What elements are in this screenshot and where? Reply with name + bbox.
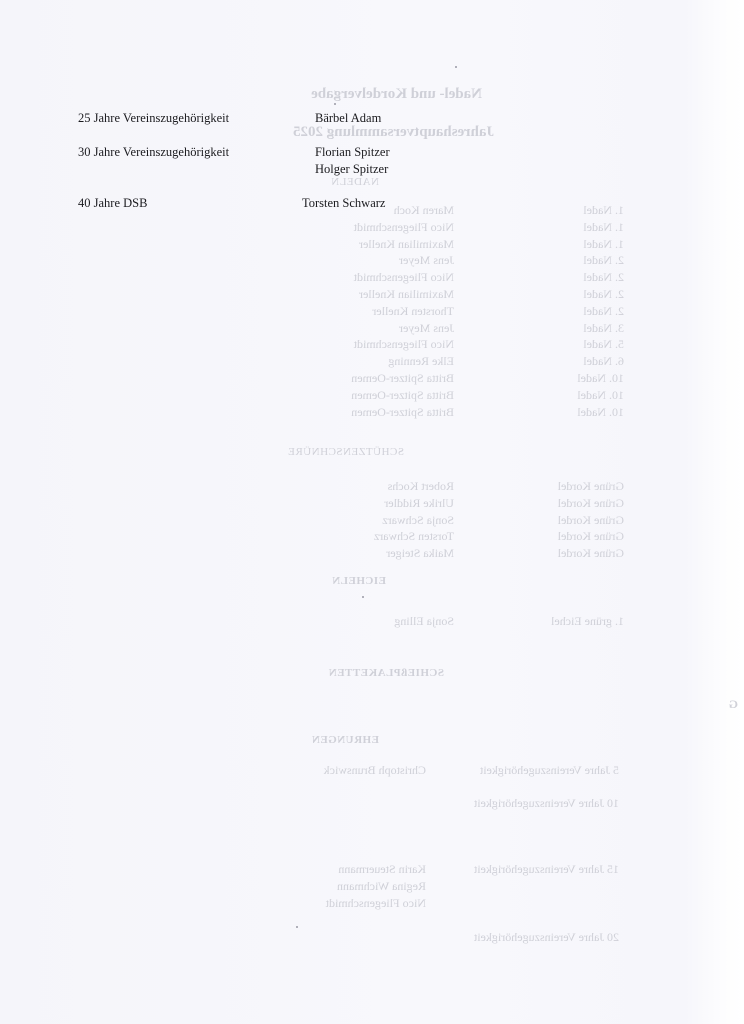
bleed-name: Nico Fliegenschmidt bbox=[354, 220, 454, 235]
bleed-ehrung-award: 10 Jahre Vereinszugehörigkeit bbox=[474, 796, 619, 811]
bleed-name: Jens Meyer bbox=[399, 253, 454, 268]
bleed-award: 1. Nadel bbox=[583, 203, 624, 218]
bleed-name: Britta Spitzer-Oemen bbox=[351, 371, 454, 386]
bleed-ehrung-award: 5 Jahre Vereinszugehörigkeit bbox=[480, 763, 619, 778]
bleed-ehrung-name: Christoph Brunswick bbox=[324, 763, 426, 778]
honor-label: 30 Jahre Vereinszugehörigkeit bbox=[78, 145, 229, 160]
bleed-name: Robert Kochs bbox=[388, 479, 454, 494]
bleed-ehrung-name: Karin Steuermann bbox=[338, 862, 426, 877]
bleed-award: 2. Nadel bbox=[583, 270, 624, 285]
bleed-award: Grüne Kordel bbox=[558, 546, 624, 561]
honoree-name: Holger Spitzer bbox=[315, 162, 388, 177]
bleed-name: Nico Fliegenschmidt bbox=[354, 270, 454, 285]
bleed-subtitle: Jahreshauptversammlung 2025 bbox=[293, 124, 494, 141]
bleed-award: Grüne Kordel bbox=[558, 496, 624, 511]
bleed-heading-plaketten: SCHIEßPLAKETTEN bbox=[328, 667, 444, 679]
bleed-award: 2. Nadel bbox=[583, 304, 624, 319]
bleed-name: Maximilian Kneller bbox=[359, 287, 454, 302]
bleed-name: Jens Meyer bbox=[399, 321, 454, 336]
bleed-award: 1. grüne Eichel bbox=[551, 614, 624, 629]
bleed-name: Britta Spitzer-Oemen bbox=[351, 405, 454, 420]
bleed-award: 1. Nadel bbox=[583, 220, 624, 235]
bleed-heading-ehrungen: EHRUNGEN bbox=[311, 734, 379, 746]
bleed-name: Maximilian Kneller bbox=[359, 237, 454, 252]
bleed-ehrung-name: Regina Wichmann bbox=[337, 879, 426, 894]
bleed-award: Grüne Kordel bbox=[558, 479, 624, 494]
bleed-name: Maika Steiger bbox=[386, 546, 454, 561]
scanned-page: Nadel- und Kordelvergabe Jahreshauptvers… bbox=[0, 0, 744, 1024]
bleed-award: 1. Nadel bbox=[583, 237, 624, 252]
bleed-award: 10. Nadel bbox=[577, 371, 624, 386]
bleed-ehrung-award: 20 Jahre Vereinszugehörigkeit bbox=[474, 930, 619, 945]
scan-speck bbox=[334, 103, 336, 105]
bleed-heading-nadeln: NADELN bbox=[331, 176, 379, 188]
bleed-name: Nico Fliegenschmidt bbox=[354, 337, 454, 352]
honor-label: 40 Jahre DSB bbox=[78, 196, 147, 211]
bleed-name: Thorsten Kneller bbox=[372, 304, 454, 319]
bleed-name: Torsten Schwarz bbox=[374, 529, 454, 544]
bleed-title: Nadel- und Kordelvergabe bbox=[311, 86, 482, 103]
bleed-ehrung-award: 15 Jahre Vereinszugehörigkeit bbox=[474, 862, 619, 877]
bleed-award: 10. Nadel bbox=[577, 388, 624, 403]
bleed-award: 2. Nadel bbox=[583, 253, 624, 268]
bleed-ehrung-name: Nico Fliegenschmidt bbox=[326, 896, 426, 911]
bleed-name: Elke Renning bbox=[388, 354, 454, 369]
bleed-marker: G bbox=[729, 697, 738, 712]
scan-speck bbox=[296, 926, 298, 928]
honoree-name: Torsten Schwarz bbox=[302, 196, 385, 211]
bleed-award: 10. Nadel bbox=[577, 405, 624, 420]
bleed-award: 2. Nadel bbox=[583, 287, 624, 302]
bleed-name: Britta Spitzer-Oemen bbox=[351, 388, 454, 403]
bleed-award: 5. Nadel bbox=[583, 337, 624, 352]
bleed-heading-eicheln: EICHELN bbox=[332, 575, 386, 587]
bleed-award: 3. Nadel bbox=[583, 321, 624, 336]
bleed-name: Ulrike Riddler bbox=[384, 496, 454, 511]
bleed-award: 6. Nadel bbox=[583, 354, 624, 369]
honoree-name: Florian Spitzer bbox=[315, 145, 390, 160]
scan-speck bbox=[455, 66, 457, 68]
honoree-name: Bärbel Adam bbox=[315, 111, 381, 126]
bleed-name: Sonja Schwarz bbox=[382, 513, 454, 528]
bleed-heading-schnuere: SCHÜTZENSCHNÜRE bbox=[288, 446, 404, 458]
bleed-award: Grüne Kordel bbox=[558, 513, 624, 528]
bleed-award: Grüne Kordel bbox=[558, 529, 624, 544]
bleed-name: Maren Koch bbox=[394, 203, 454, 218]
honor-label: 25 Jahre Vereinszugehörigkeit bbox=[78, 111, 229, 126]
scan-speck bbox=[362, 596, 364, 598]
bleed-name: Sonja Elling bbox=[394, 614, 454, 629]
